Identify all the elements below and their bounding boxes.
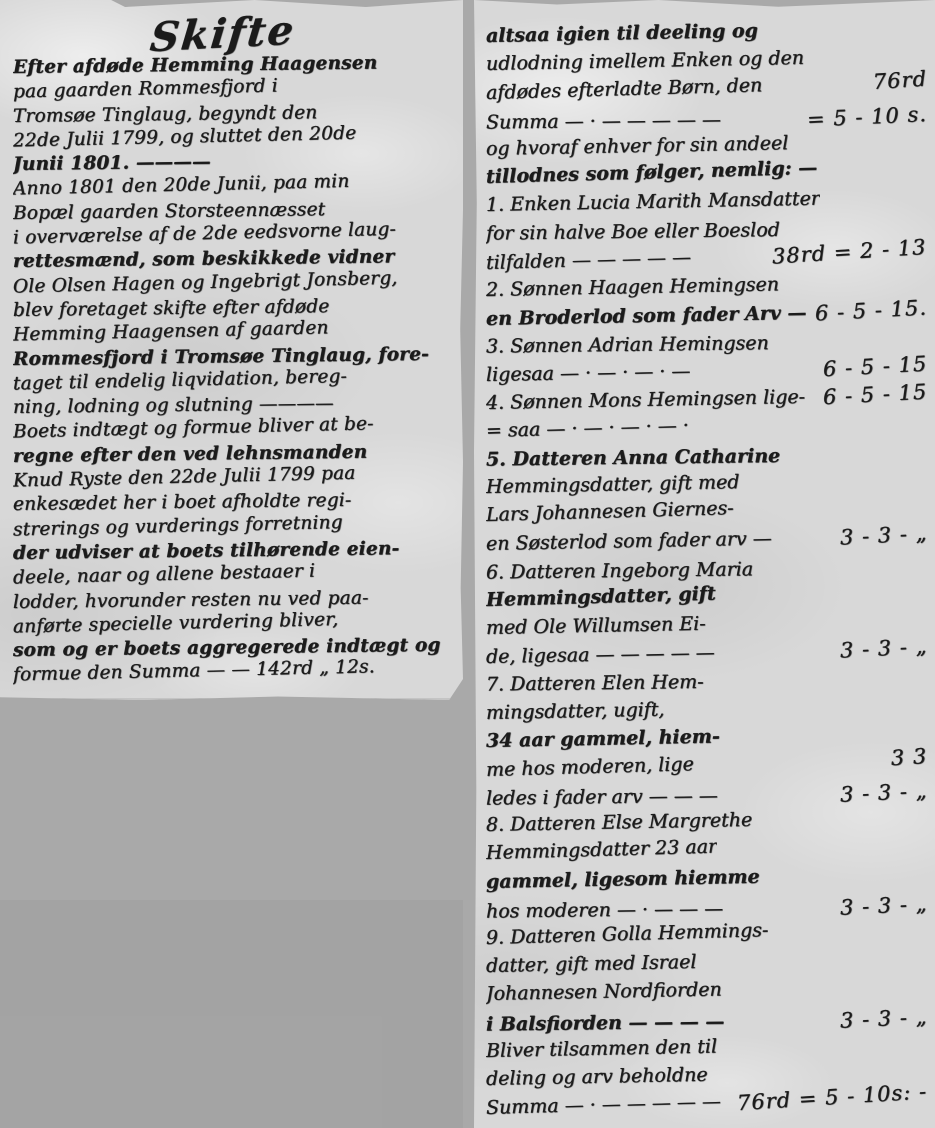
ledger-line-text: en Broderlod som fader Arv — — [486, 299, 807, 333]
ledger-line-text: de, ligesaa — — — — — — [486, 639, 715, 672]
ledger-line-text: = saa — · — · — · — · — [486, 411, 690, 445]
ledger-line-text: afdødes efterladte Børn, den — [486, 72, 763, 108]
ledger-line-text: Bliver tilsammen den til — [486, 1032, 718, 1065]
right-page: altsaa igien til deeling og udlodning im… — [474, 0, 935, 1128]
ledger-line-amount: 3 - 3 - „ — [833, 519, 928, 552]
ledger-line-text: Hemmingsdatter 23 aar — [486, 833, 718, 868]
ledger-line-text: me hos moderen, lige — [486, 750, 695, 784]
ledger-line-text: tilfalden — — — — — — [486, 243, 692, 277]
ledger-line-text: Johannesen Nordfiorden — [486, 976, 722, 1009]
ledger-line-amount: 3 - 3 - „ — [833, 632, 928, 665]
ledger-line-text: med Ole Willumsen Ei- — [486, 610, 706, 642]
scanned-probate-record: { "colors": { "background": "#a9a9a9", "… — [0, 0, 935, 1128]
left-page: Skifte Efter afdøde Hemming Haagensen pa… — [0, 0, 463, 700]
ledger-line-text: 1. Enken Lucia Marith Mansdatter — [486, 185, 820, 220]
scan-background-shade — [0, 900, 472, 1128]
ledger-lines: altsaa igien til deeling og udlodning im… — [474, 0, 935, 1121]
ledger-line-text: Hemmingsdatter, gift — [486, 579, 717, 614]
ledger-line-text: en Søsterlod som fader arv — — [486, 525, 772, 559]
ledger-line-text: gammel, ligesom hiemme — [486, 862, 760, 895]
ledger-line-text: Summa — · — — — — — — [486, 1088, 722, 1123]
ledger-line-amount: 6 - 5 - 15. — [808, 293, 927, 328]
page-gutter — [463, 0, 474, 1128]
ledger-line-amount: 3 3 — [884, 742, 928, 773]
ledger-line-amount: 76rd — [866, 65, 928, 97]
ledger-line-text: mingsdatter, ugift, — [486, 695, 665, 727]
